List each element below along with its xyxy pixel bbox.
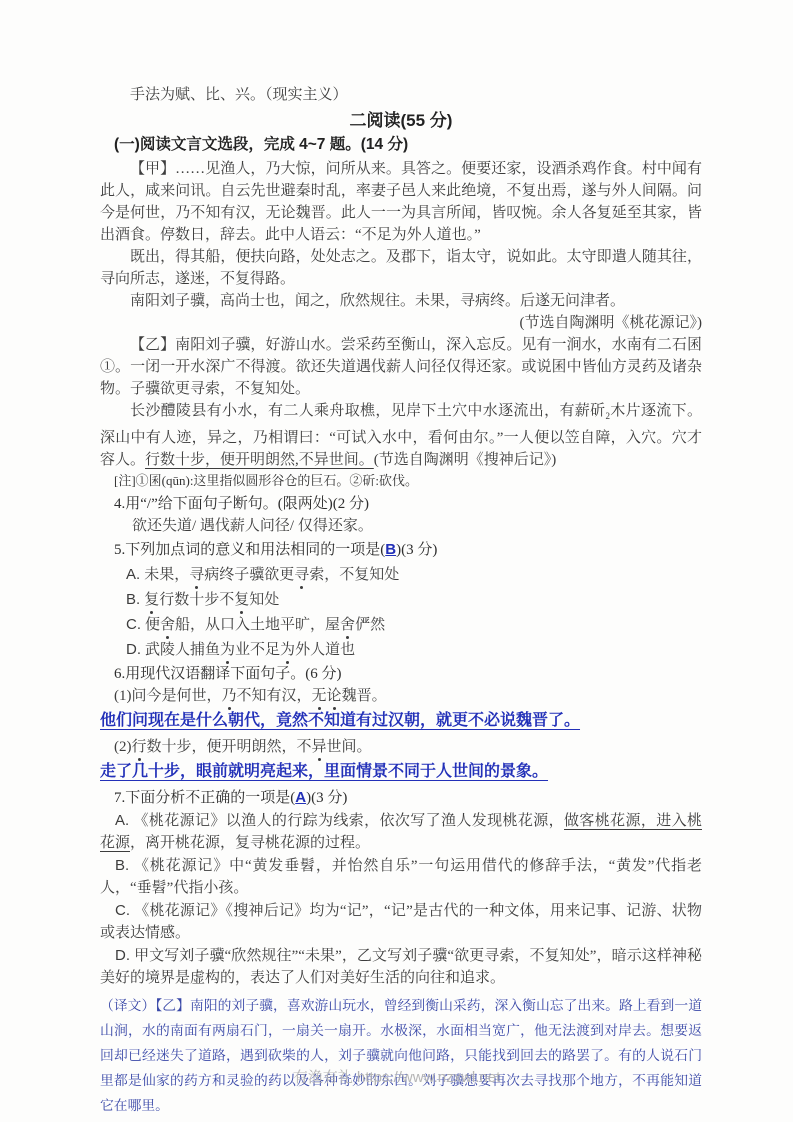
option-c-label: C. [126, 616, 141, 633]
question-5-option-c: C.便舍船，从口入土地平旷，屋舍俨然 [126, 614, 702, 636]
option-a-text: 《桃花源记》以渔人的行踪为线索，依次写了渔人发现桃花源，做客桃花源，进入桃花源，… [100, 813, 702, 851]
question-5-answer-letter: B [385, 541, 396, 558]
section-title: 二阅读(55 分) [100, 110, 702, 132]
question-4-stem: 4.用“/”给下面句子断句。(限两处)(2 分) [114, 493, 702, 515]
option-c-text: 《桃花源记》《搜神后记》均为“记”，“记”是古代的一种文体，用来记事、记游、状物… [100, 903, 702, 941]
question-5-stem: 5.下列加点词的意义和用法相同的一项是(B)(3 分) [114, 539, 702, 561]
question-6-item-2: (2)行数十步，便开明朗然，不异世间。 [114, 736, 702, 758]
footnote-line: [注]①囷(qūn):这里指似圆形谷仓的巨石。②斫:砍伐。 [114, 471, 702, 491]
question-5-stem-pre: 5.下列加点词的意义和用法相同的一项是( [114, 542, 385, 558]
option-b-label: B. [115, 857, 129, 874]
question-6-item-1: (1)问今是何世，乃不知有汉，无论魏晋。 [114, 685, 702, 707]
option-c-text: 便舍船，从口入土地平旷，屋舍俨然 [145, 617, 385, 633]
question-7-option-b: B.《桃花源记》中“黄发垂髫，并怡然自乐”一句运用借代的修辞手法，“黄发”代指老… [100, 855, 702, 899]
option-a-text: 未果，寻病终子骥欲更寻索，不复知处 [144, 567, 399, 583]
passage-jia-paragraph-1: 【甲】……见渔人，乃大惊，问所从来。具答之。便要还家，设酒杀鸡作食。村中闻有此人… [100, 158, 702, 246]
exam-document-page: 手法为赋、比、兴。（现实主义） 二阅读(55 分) (一)阅读文言文选段，完成 … [0, 0, 793, 1122]
question-6-stem: 6.用现代汉语翻译下面句子。(6 分) [114, 663, 702, 685]
subsection-title: (一)阅读文言文选段，完成 4~7 题。(14 分) [114, 134, 702, 156]
option-d-label: D. [126, 641, 141, 658]
question-6-answer-2: 走了几十步，眼前就明亮起来，里面情景不同于人世间的景象。 [100, 760, 702, 784]
question-7-stem-post: )(3 分) [306, 790, 347, 806]
option-b-label: B. [126, 591, 140, 608]
passage-jia-paragraph-3: 南阳刘子骥，高尚士也，闻之，欣然规往。未果，寻病终。后遂无问津者。 [100, 290, 702, 312]
translation-block: （译文）【乙】南阳的刘子骥，喜欢游山玩水，曾经到衡山采药，深入衡山忘了出来。路上… [100, 993, 702, 1118]
question-7-answer-letter: A [295, 789, 306, 806]
question-6-answer-1: 他们问现在是什么朝代，竟然不知道有过汉朝，就更不必说魏晋了。 [100, 709, 702, 733]
question-5-stem-post: )(3 分) [396, 542, 437, 558]
question-4-answer: 欲还失道/ 遇伐薪人问径/ 仅得还家。 [132, 515, 702, 537]
question-7-option-a: A.《桃花源记》以渔人的行踪为线索，依次写了渔人发现桃花源，做客桃花源，进入桃花… [100, 810, 702, 854]
watermark-footer: 有渔有礼 https://www.nzxwl.net [0, 1066, 793, 1087]
option-b-text: 《桃花源记》中“黄发垂髫，并怡然自乐”一句运用借代的修辞手法，“黄发”代指老人，… [100, 858, 702, 896]
question-7-option-d: D.甲文写刘子骥“欣然规往”“未果”，乙文写刘子骥“欲更寻索，不复知处”，暗示这… [100, 945, 702, 989]
question-5-option-b: B.复行数十步不复知处 [126, 589, 702, 611]
passage-yi-paragraph-1: 【乙】南阳刘子骥，好游山水。尝采药至衡山，深入忘反。见有一涧水，水南有二石囷①。… [100, 334, 702, 400]
intro-line: 手法为赋、比、兴。（现实主义） [100, 84, 702, 106]
page-content: 手法为赋、比、兴。（现实主义） 二阅读(55 分) (一)阅读文言文选段，完成 … [100, 84, 702, 1118]
passage-jia-source: (节选自陶渊明《桃花源记》) [100, 312, 702, 334]
option-d-label: D. [115, 947, 130, 964]
question-7-stem: 7.下面分析不正确的一项是(A)(3 分) [114, 787, 702, 809]
option-a-label: A. [126, 566, 140, 583]
question-7-stem-pre: 7.下面分析不正确的一项是( [114, 790, 295, 806]
option-d-text: 甲文写刘子骥“欣然规往”“未果”，乙文写刘子骥“欲更寻索，不复知处”，暗示这样神… [100, 948, 702, 986]
question-7-option-c: C.《桃花源记》《搜神后记》均为“记”，“记”是古代的一种文体，用来记事、记游、… [100, 900, 702, 944]
option-a-label: A. [115, 812, 129, 829]
question-5-option-d: D.武陵人捕鱼为业不足为外人道也 [126, 639, 702, 661]
passage-jia-paragraph-2: 既出，得其船，便扶向路，处处志之。及郡下，诣太守，说如此。太守即遣人随其往，寻向… [100, 246, 702, 290]
passage-yi-paragraph-2: 长沙醴陵县有小水，有二人乘舟取樵，见岸下土穴中水逐流出，有薪斫2木片逐流下。深山… [100, 400, 702, 471]
option-c-label: C. [115, 902, 130, 919]
question-5-option-a: A.未果，寻病终子骥欲更寻索，不复知处 [126, 564, 702, 586]
option-b-text: 复行数十步不复知处 [144, 592, 279, 608]
option-d-text: 武陵人捕鱼为业不足为外人道也 [145, 642, 355, 658]
